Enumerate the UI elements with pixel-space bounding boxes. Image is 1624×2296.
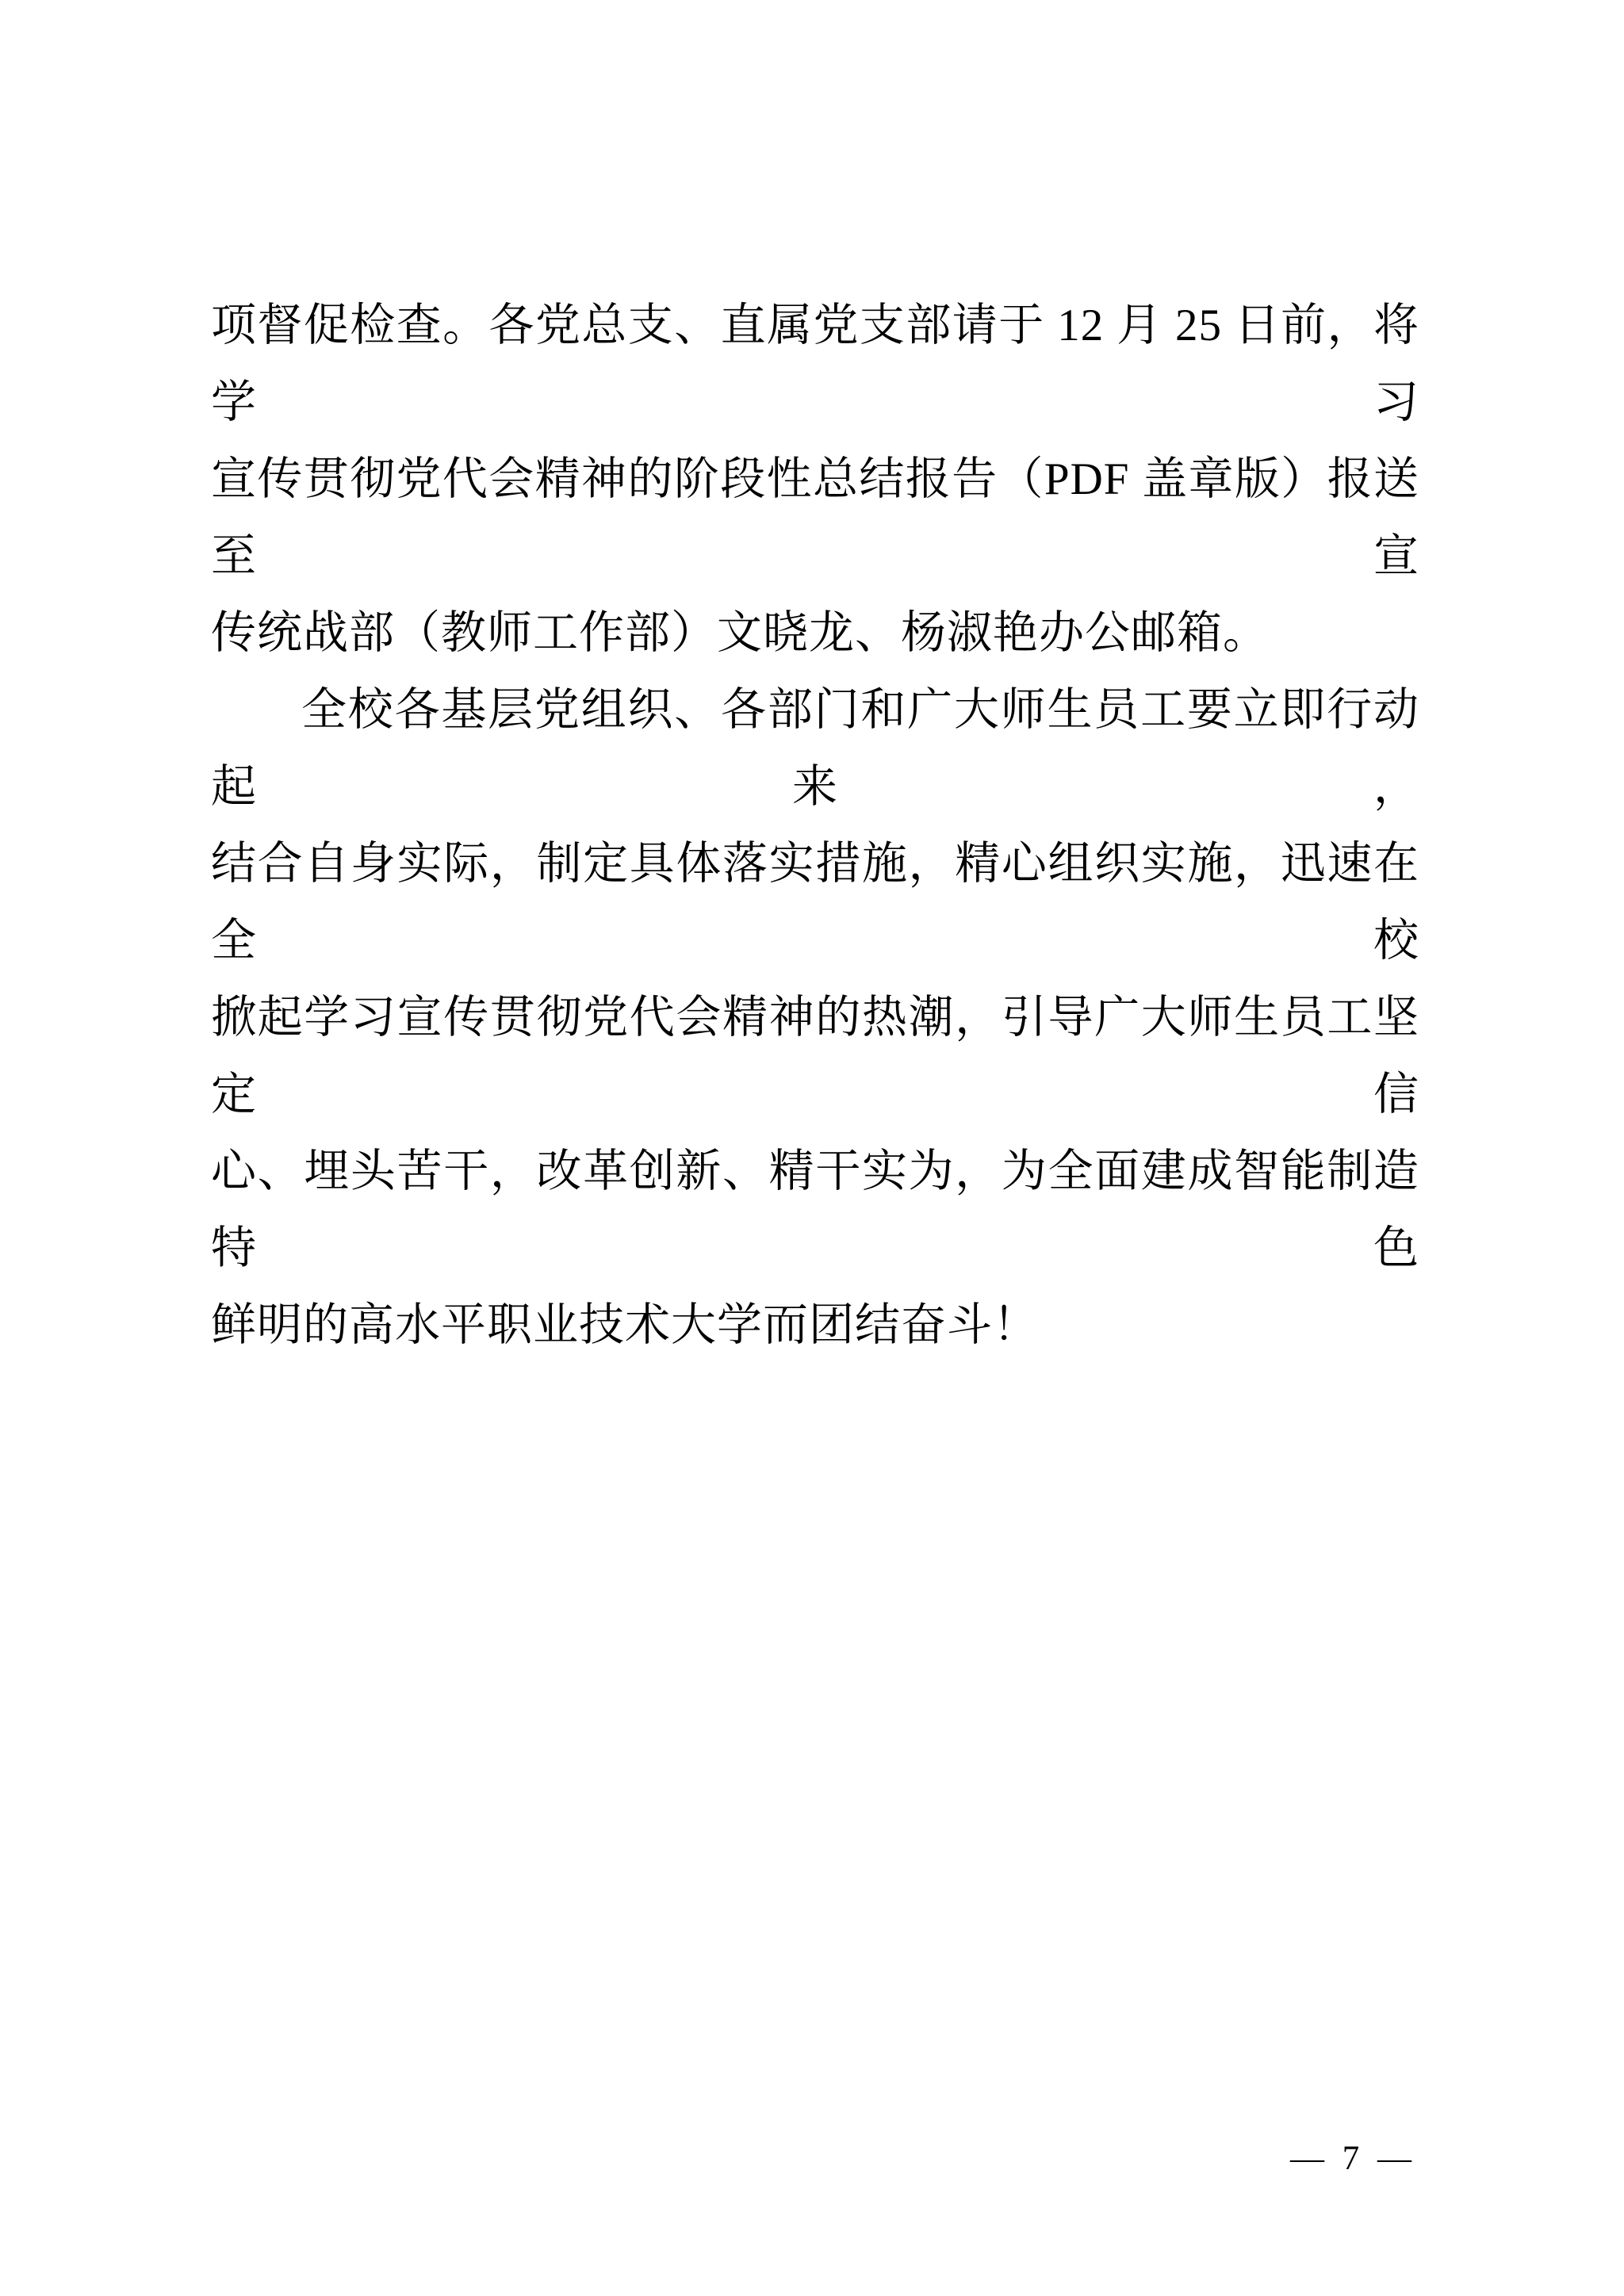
paragraph-1-line-1: 项督促检查。各党总支、直属党支部请于 12 月 25 日前，将学习 [211,287,1419,441]
page-number: — 7 — [1290,2141,1416,2175]
paragraph-2-line-2: 结合自身实际，制定具体落实措施，精心组织实施，迅速在全校 [211,825,1419,979]
paragraph-2-line-5: 鲜明的高水平职业技术大学而团结奋斗！ [211,1287,1419,1364]
paragraph-2-line-4: 心、埋头苦干，改革创新、精干实为，为全面建成智能制造特色 [211,1133,1419,1287]
paragraph-1-line-2: 宣传贯彻党代会精神的阶段性总结报告（PDF 盖章版）报送至宣 [211,441,1419,595]
paragraph-1-line-3: 传统战部（教师工作部）文晓龙、杨淑艳办公邮箱。 [211,595,1419,672]
paragraph-2-line-1: 全校各基层党组织、各部门和广大师生员工要立即行动起来， [211,672,1419,825]
body-text-block: 项督促检查。各党总支、直属党支部请于 12 月 25 日前，将学习 宣传贯彻党代… [211,287,1419,1364]
paragraph-2-line-3: 掀起学习宣传贯彻党代会精神的热潮，引导广大师生员工坚定信 [211,979,1419,1133]
document-page: 项督促检查。各党总支、直属党支部请于 12 月 25 日前，将学习 宣传贯彻党代… [0,0,1624,2296]
